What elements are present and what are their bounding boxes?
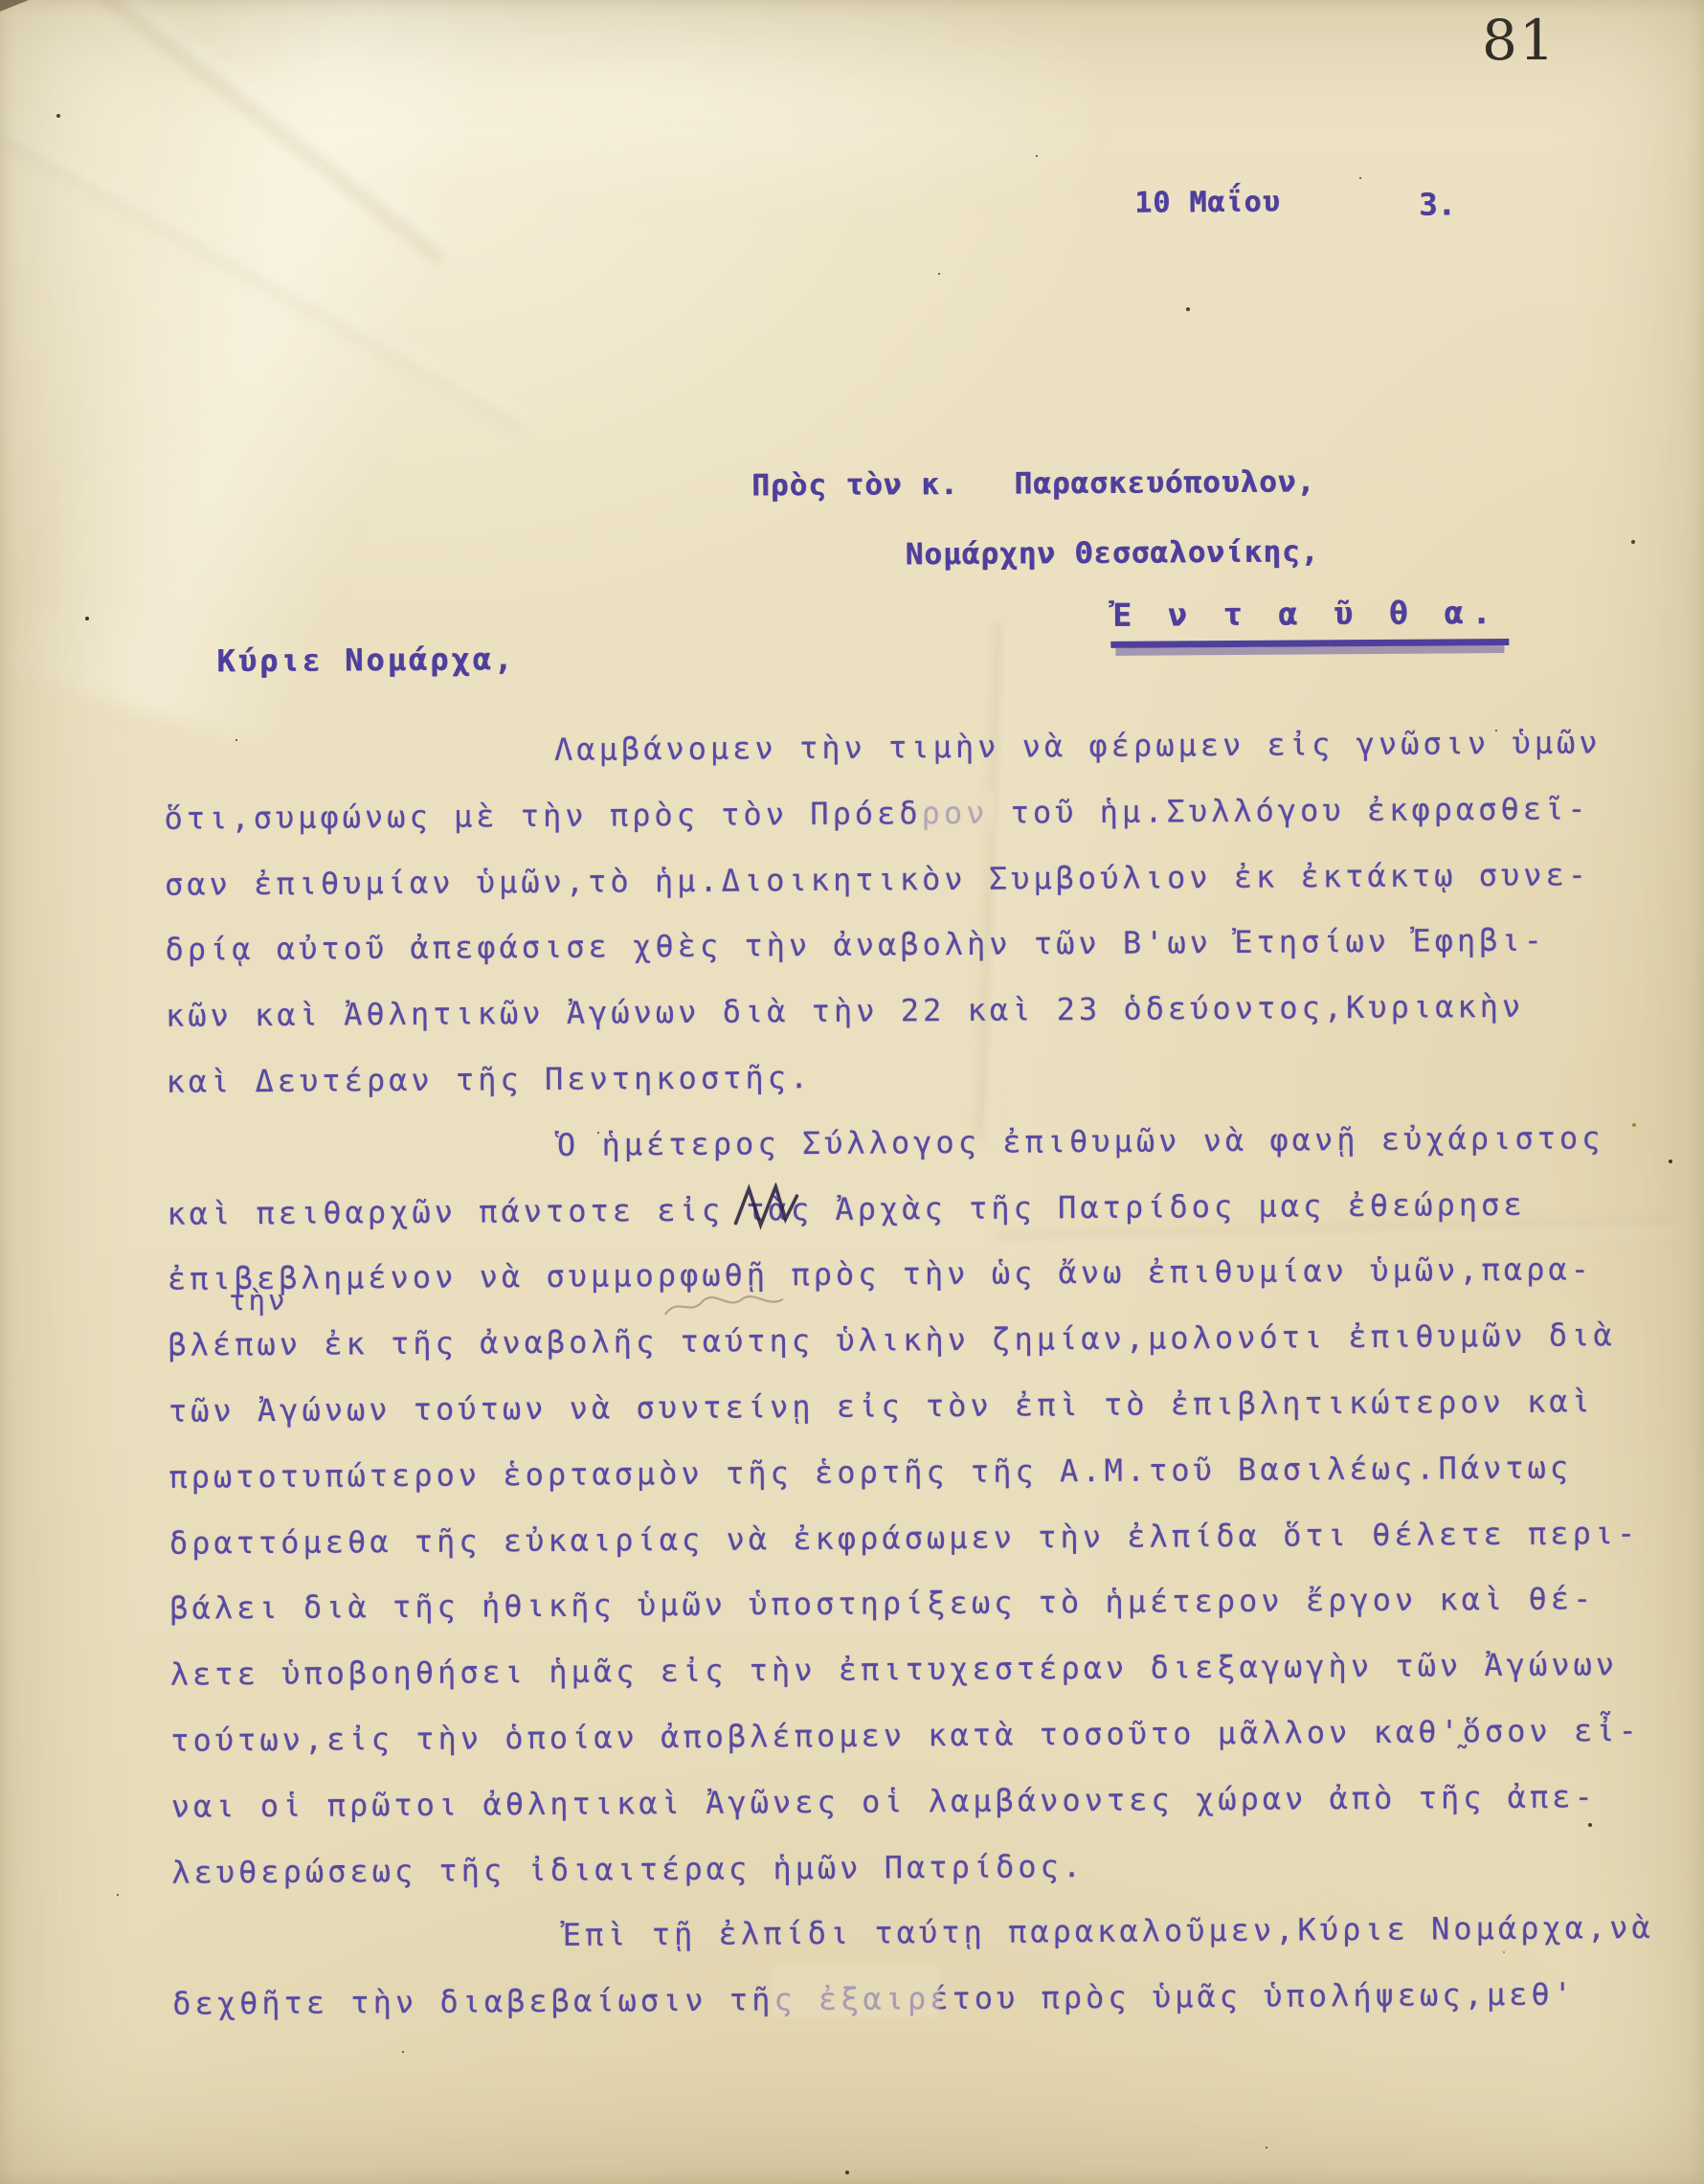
document-number: 3. — [1419, 186, 1456, 222]
correction-mark: ῀ — [1453, 1741, 1470, 1774]
letter-line: ναι οἱ πρῶτοι ἀθλητικαὶ Ἀγῶνες οἱ λαμβάν… — [171, 1767, 1684, 1843]
scanned-letter-page: 81 10 Μαΐου 3. Πρὸς τὸν κ.Παρασκευόπουλο… — [0, 0, 1704, 2184]
letter-line: κῶν καὶ Ἀθλητικῶν Ἀγώνων διὰ τὴν 22 καὶ … — [166, 977, 1678, 1053]
recipient-prefix: Πρὸς τὸν κ. — [751, 467, 959, 504]
letter-content: 10 Μαΐου 3. Πρὸς τὸν κ.Παρασκευόπουλον, … — [0, 0, 1704, 2184]
ink-fade-overlay — [920, 791, 995, 834]
letter-line: ἐπιβεβλημένον νὰ συμμορφωθῇ πρὸς τὴν ὡς … — [168, 1240, 1680, 1317]
ink-fade-overlay — [772, 1965, 939, 2017]
pen-scribble — [729, 1182, 810, 1239]
letter-line: Ἐπὶ τῇ ἐλπίδι ταύτῃ παρακαλοῦμεν,Κύριε Ν… — [172, 1899, 1685, 1975]
letter-line: δρίᾳ αὐτοῦ ἀπεφάσισε χθὲς τὴν ἀναβολὴν τ… — [165, 911, 1677, 987]
handwritten-insertion: τὴν — [229, 1284, 288, 1317]
letter-line: λετε ὑποβοηθήσει ἡμᾶς εἰς τὴν ἐπιτυχεστέ… — [170, 1635, 1683, 1712]
letter-line: βλέπων ἐκ τῆς ἀναβολῆς ταύτης ὑλικὴν ζημ… — [168, 1306, 1680, 1383]
date: 10 Μαΐου — [1134, 186, 1281, 220]
letter-line: βάλει διὰ τῆς ἠθικῆς ὑμῶν ὑποστηρίξεως τ… — [169, 1569, 1682, 1646]
recipient-place-underlined: Ἐ ν τ α ῦ θ α. — [1110, 594, 1510, 648]
recipient-name: Παρασκευόπουλον, — [1014, 464, 1315, 501]
recipient-line: Πρὸς τὸν κ.Παρασκευόπουλον, — [751, 464, 1315, 503]
letter-line: πρωτοτυπώτερον ἑορτασμὸν τῆς ἑορτῆς τῆς … — [168, 1437, 1681, 1514]
letter-line: δραττόμεθα τῆς εὐκαιρίας νὰ ἐκφράσωμεν τ… — [169, 1503, 1682, 1580]
letter-line: Ὁ ἡμέτερος Σύλλογος ἐπιθυμῶν νὰ φανῇ εὐχ… — [167, 1109, 1679, 1185]
letter-line: λευθερώσεως τῆς ἰδιαιτέρας ἡμῶν Πατρίδος… — [171, 1833, 1684, 1909]
letter-body: Λαμβάνομεν τὴν τιμὴν νὰ φέρωμεν εἰς γνῶσ… — [164, 713, 1686, 2041]
letter-line: Λαμβάνομεν τὴν τιμὴν νὰ φέρωμεν εἰς γνῶσ… — [164, 713, 1676, 790]
pencil-mark — [661, 1288, 786, 1325]
letter-line: τῶν Ἀγώνων τούτων νὰ συντείνῃ εἰς τὸν ἐπ… — [168, 1372, 1681, 1449]
letter-line: σαν ἐπιθυμίαν ὑμῶν,τὸ ἡμ.Διοικητικὸν Συμ… — [165, 844, 1677, 921]
salutation: Κύριε Νομάρχα, — [216, 641, 515, 679]
letter-line: καὶ πειθαρχῶν πάντοτε εἰς τὰς Ἀρχὰς τῆς … — [167, 1174, 1679, 1250]
letter-line: καὶ Δευτέραν τῆς Πεντηκοστῆς. — [166, 1043, 1678, 1119]
recipient-title: Νομάρχην Θεσσαλονίκης, — [906, 534, 1320, 572]
